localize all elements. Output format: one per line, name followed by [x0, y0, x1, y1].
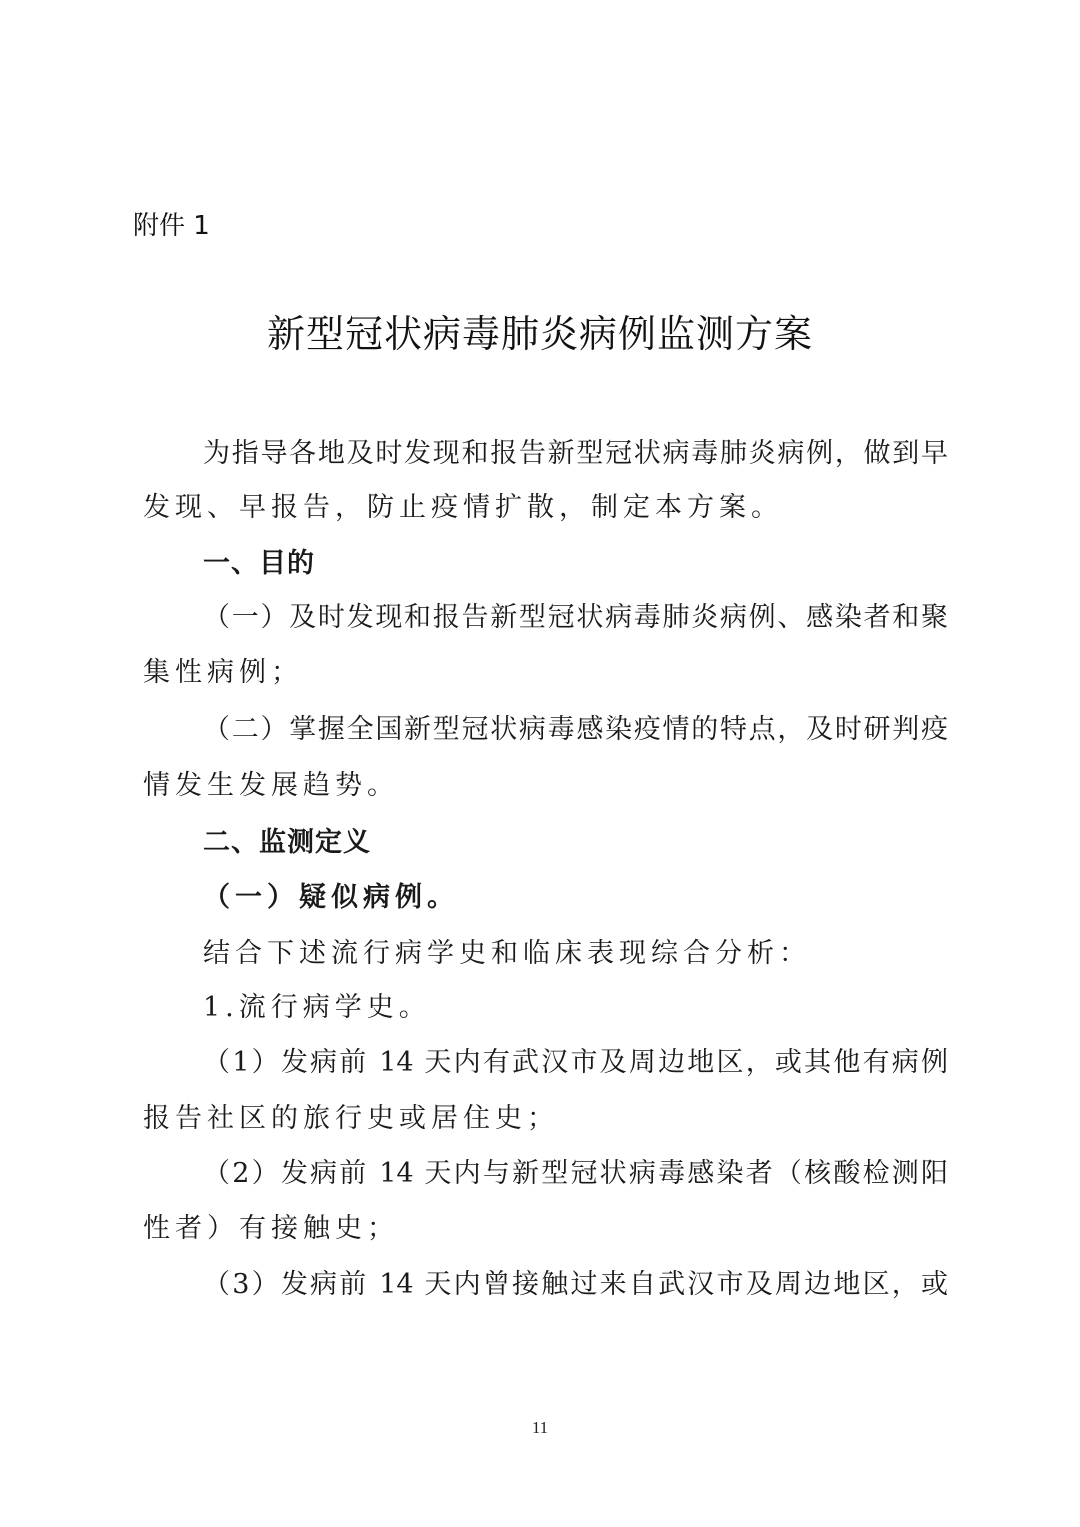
intro-line-2: 发现、早报告，防止疫情扩散，制定本方案。	[143, 490, 948, 526]
criterion-2-line-1: （2）发病前 14 天内与新型冠状病毒感染者（核酸检测阳	[203, 1156, 948, 1192]
criterion-1-line-2: 报告社区的旅行史或居住史；	[143, 1101, 948, 1137]
attachment-label: 附件 1	[133, 208, 210, 244]
criterion-2-line-2: 性者）有接触史；	[143, 1211, 948, 1247]
purpose-item-2-line-2: 情发生发展趋势。	[143, 768, 948, 804]
section-heading-definition: 二、监测定义	[203, 825, 948, 861]
subheading-suspected-case: （一）疑似病例。	[203, 880, 948, 916]
section-heading-purpose: 一、目的	[203, 546, 948, 582]
page-number: 11	[0, 1418, 1080, 1438]
intro-line-1: 为指导各地及时发现和报告新型冠状病毒肺炎病例，做到早	[203, 436, 948, 472]
criterion-3-line-1: （3）发病前 14 天内曾接触过来自武汉市及周边地区，或	[203, 1267, 948, 1303]
purpose-item-1-line-2: 集性病例；	[143, 655, 948, 691]
criterion-1-line-1: （1）发病前 14 天内有武汉市及周边地区，或其他有病例	[203, 1045, 948, 1081]
purpose-item-1-line-1: （一）及时发现和报告新型冠状病毒肺炎病例、感染者和聚	[203, 600, 948, 636]
definition-lead: 结合下述流行病学史和临床表现综合分析：	[203, 936, 948, 972]
document-page: 附件 1 新型冠状病毒肺炎病例监测方案 为指导各地及时发现和报告新型冠状病毒肺炎…	[0, 0, 1080, 1527]
epidemiology-title: 1.流行病学史。	[203, 990, 948, 1026]
document-title: 新型冠状病毒肺炎病例监测方案	[0, 308, 1080, 360]
purpose-item-2-line-1: （二）掌握全国新型冠状病毒感染疫情的特点，及时研判疫	[203, 712, 948, 748]
